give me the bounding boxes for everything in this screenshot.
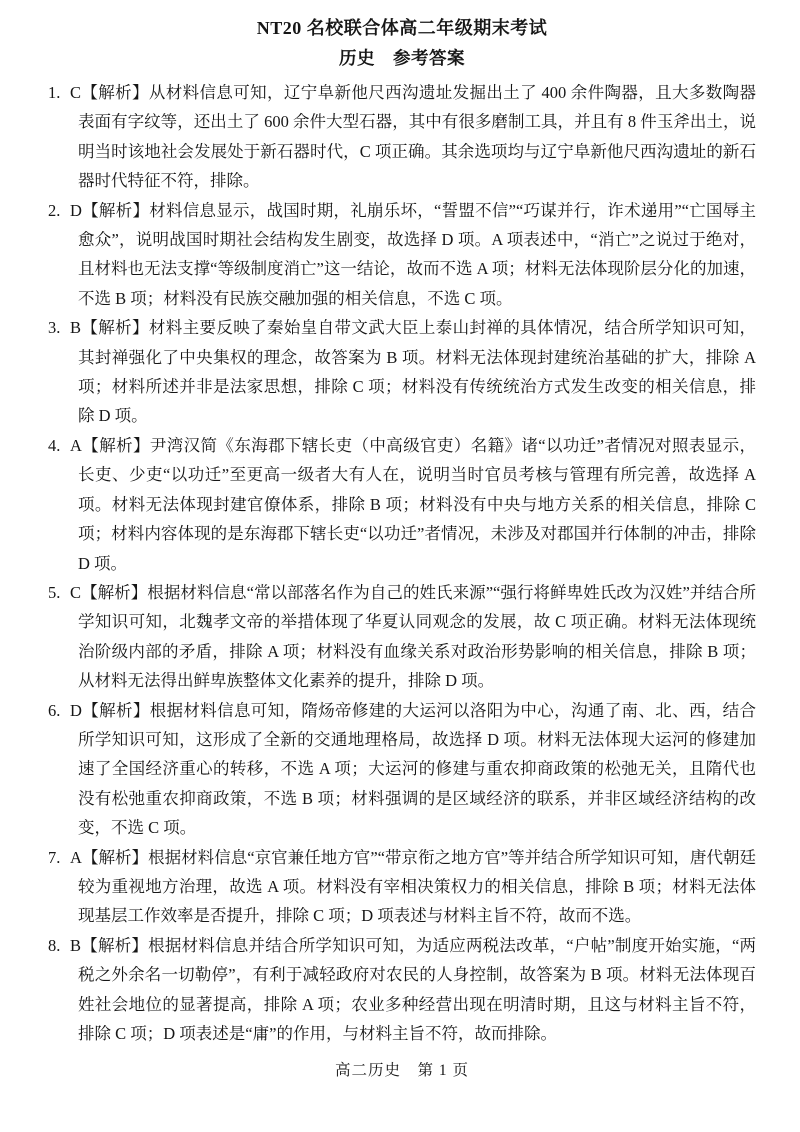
answer-letter: D [70,701,82,720]
answer-letter: A [70,436,82,455]
answer-item-3: 3.B【解析】材料主要反映了秦始皇自带文武大臣上泰山封禅的具体情况，结合所学知识… [48,313,756,431]
analysis-text: 根据材料信息并结合所学知识可知，为适应两税法改革，“户帖”制度开始实施，“两税之… [78,936,756,1043]
answer-letter: B [70,318,81,337]
analysis-marker: 【解析】 [81,583,147,602]
question-number: 1. [48,78,70,107]
analysis-marker: 【解析】 [81,318,149,337]
answer-letter: D [70,201,82,220]
analysis-text: 材料信息显示，战国时期，礼崩乐坏，“誓盟不信”“巧谋并行，诈术递用”“亡国辱主愈… [78,201,756,308]
question-number: 3. [48,313,70,342]
page-footer: 高二历史 第 1 页 [48,1058,756,1132]
question-number: 2. [48,196,70,225]
analysis-text: 从材料信息可知，辽宁阜新他尺西沟遗址发掘出土了 400 余件陶器，且大多数陶器表… [78,83,756,190]
analysis-marker: 【解析】 [81,936,148,955]
analysis-text: 根据材料信息“常以部落名作为自己的姓氏来源”“强行将鲜卑姓氏改为汉姓”并结合所学… [78,583,756,690]
exam-answer-page: NT20 名校联合体高二年级期末考试 历史 参考答案 1.C【解析】从材料信息可… [0,0,800,1132]
analysis-marker: 【解析】 [82,701,150,720]
analysis-text: 根据材料信息可知，隋炀帝修建的大运河以洛阳为中心，沟通了南、北、西，结合所学知识… [78,701,756,838]
subject-answer-heading: 历史 参考答案 [48,44,756,72]
answer-item-4: 4.A【解析】尹湾汉简《东海郡下辖长吏（中高级官吏）名籍》诸“以功迁”者情况对照… [48,431,756,578]
analysis-marker: 【解析】 [82,201,149,220]
footer-text: 高二历史 第 1 页 [335,1062,469,1079]
exam-title: NT20 名校联合体高二年级期末考试 [48,14,756,42]
question-number: 4. [48,431,70,460]
question-number: 7. [48,843,70,872]
answer-item-5: 5.C【解析】根据材料信息“常以部落名作为自己的姓氏来源”“强行将鲜卑姓氏改为汉… [48,578,756,696]
analysis-marker: 【解析】 [82,436,150,455]
analysis-marker: 【解析】 [81,83,149,102]
answer-letter: B [70,936,81,955]
answer-item-7: 7.A【解析】根据材料信息“京官兼任地方官”“带京衔之地方官”等并结合所学知识可… [48,843,756,931]
answer-item-2: 2.D【解析】材料信息显示，战国时期，礼崩乐坏，“誓盟不信”“巧谋并行，诈术递用… [48,196,756,314]
answer-letter: C [70,83,81,102]
question-number: 8. [48,931,70,960]
answer-item-8: 8.B【解析】根据材料信息并结合所学知识可知，为适应两税法改革，“户帖”制度开始… [48,931,756,1049]
analysis-marker: 【解析】 [82,848,148,867]
answer-item-6: 6.D【解析】根据材料信息可知，隋炀帝修建的大运河以洛阳为中心，沟通了南、北、西… [48,696,756,843]
question-number: 5. [48,578,70,607]
question-number: 6. [48,696,70,725]
answer-item-1: 1.C【解析】从材料信息可知，辽宁阜新他尺西沟遗址发掘出土了 400 余件陶器，… [48,78,756,196]
answer-list: 1.C【解析】从材料信息可知，辽宁阜新他尺西沟遗址发掘出土了 400 余件陶器，… [48,78,756,1048]
analysis-text: 尹湾汉简《东海郡下辖长吏（中高级官吏）名籍》诸“以功迁”者情况对照表显示，长吏、… [78,436,756,573]
analysis-text: 材料主要反映了秦始皇自带文武大臣上泰山封禅的具体情况，结合所学知识可知，其封禅强… [78,318,756,425]
answer-letter: A [70,848,82,867]
answer-letter: C [70,583,81,602]
analysis-text: 根据材料信息“京官兼任地方官”“带京衔之地方官”等并结合所学知识可知，唐代朝廷较… [78,848,756,926]
